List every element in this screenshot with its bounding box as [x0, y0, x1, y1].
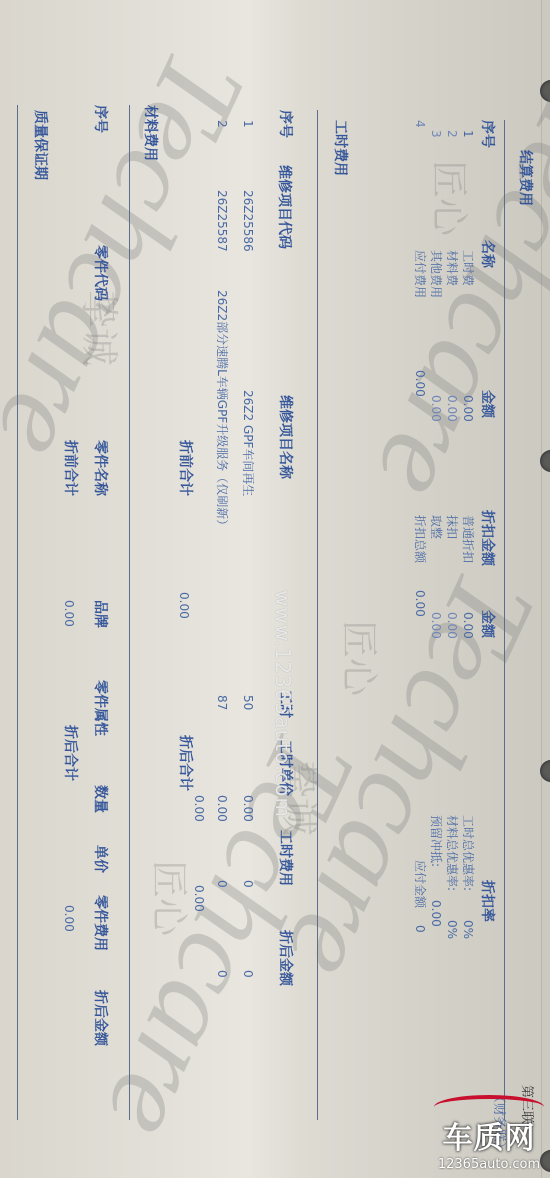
materials-header-qty: 数量 [93, 785, 107, 813]
row-unit-price: 0.00 [216, 795, 228, 822]
row-seq: 4 [414, 120, 426, 128]
labor-subtotal-before-value: 0.00 [178, 592, 190, 619]
row-seq: 2 [446, 130, 458, 138]
row-name: 应付费用 [414, 250, 426, 298]
row-discount-value: 0.00 [430, 612, 442, 639]
row-name: 材料费 [446, 250, 458, 286]
labor-subtotal-after-label: 折后合计 [178, 735, 192, 791]
row-discount-value: 0.00 [446, 612, 458, 639]
divider [129, 105, 130, 1120]
row-rate-label: 工时总优惠率: [462, 815, 474, 891]
labor-subtotal-before-label: 折前合计 [178, 440, 192, 496]
row-rate-value: 0 [414, 925, 426, 933]
row-fee: 0 [216, 880, 228, 888]
row-rate-label: 应付金额 [414, 860, 426, 908]
row-rate-label: 材料总优惠率: [446, 815, 458, 891]
row-hours: 50 [242, 695, 254, 710]
divider [504, 120, 505, 1120]
row-name: 工时费 [462, 250, 474, 286]
row-amount: 0.00 [462, 395, 474, 422]
row-hours: 87 [216, 695, 228, 710]
row-fee: 0 [242, 880, 254, 888]
watermark-cn: 匠心 [335, 620, 390, 696]
warranty-title: 质量保证期 [33, 110, 47, 180]
logo-url: 12365auto.com [434, 1157, 544, 1172]
labor-title: 工时费用 [333, 120, 347, 176]
row-unit-price: 0.00 [242, 795, 254, 822]
materials-header-seq: 序号 [93, 105, 107, 133]
materials-subtotal-after-value: 0.00 [63, 905, 75, 932]
row-name: 26Z2 GPF车间再生 [242, 390, 254, 496]
settlement-header-discount-rate: 折扣率 [480, 880, 494, 922]
divider [17, 105, 18, 1120]
watermark-cn2: 挚诚 [75, 290, 130, 366]
labor-header-after-discount: 折后金额 [278, 930, 292, 986]
site-watermark: www.12365auto.com [271, 590, 295, 818]
row-discount-label: 抹扣 [446, 515, 458, 539]
row-rate-value: 0% [462, 920, 474, 939]
row-discount-label: 普通折扣 [462, 515, 474, 563]
materials-header-brand: 品牌 [93, 600, 107, 628]
row-code: 26Z25587 [216, 190, 228, 252]
watermark-cn: 匠心 [425, 160, 480, 236]
materials-header-attribute: 零件属性 [93, 680, 107, 736]
row-seq: 1 [242, 120, 254, 128]
row-seq: 3 [430, 130, 442, 138]
labor-subtotal-after-value2: 0.00 [193, 885, 205, 912]
row-rate-value: 0.00 [430, 900, 442, 927]
watermark-brand: Techcare [347, 71, 550, 520]
settlement-header-discount-amount: 折扣金额 [480, 510, 494, 566]
settlement-title: 结算费用 [518, 150, 532, 206]
row-after-discount: 0 [242, 970, 254, 978]
row-seq: 1 [462, 130, 474, 138]
materials-subtotal-after-label: 折后合计 [63, 725, 77, 781]
materials-title: 材料费用 [143, 105, 157, 161]
row-seq: 2 [216, 120, 228, 128]
labor-subtotal-after-value: 0.00 [193, 795, 205, 822]
materials-header-part-name: 零件名称 [93, 440, 107, 496]
row-discount-value: 0.00 [414, 590, 426, 617]
settlement-header-amount2: 金额 [480, 610, 494, 638]
row-amount: 0.00 [414, 370, 426, 397]
row-discount-value: 0.00 [462, 612, 474, 639]
row-rate-label: 预留冲抵: [430, 815, 442, 867]
row-name: 其他费用 [430, 250, 442, 298]
labor-header-seq: 序号 [278, 110, 292, 138]
row-code: 26Z25586 [242, 190, 254, 252]
materials-header-unit-price: 单价 [93, 845, 107, 873]
materials-header-part-code: 零件代码 [93, 245, 107, 301]
settlement-header-name: 名称 [480, 240, 494, 268]
row-amount: 0.00 [446, 395, 458, 422]
row-discount-label: 取整 [430, 515, 442, 539]
row-rate-value: 0% [446, 920, 458, 939]
materials-header-after-discount: 折后金额 [93, 990, 107, 1046]
watermark-brand: Techcare [0, 31, 275, 480]
invoice-form: Techcare Techcare Techcare Techcare 匠心 匠… [0, 0, 550, 1178]
row-discount-label: 折扣总额 [414, 515, 426, 563]
labor-header-fee: 工时费用 [278, 830, 292, 886]
row-name: 26Z2部分速腾L车辆GPF升级服务（仅刷新） [216, 290, 228, 531]
divider [317, 110, 318, 1120]
photo-frame: Techcare Techcare Techcare Techcare 匠心 匠… [0, 0, 550, 1178]
settlement-header-seq: 序号 [480, 120, 494, 148]
materials-subtotal-before-label: 折前合计 [63, 440, 77, 496]
settlement-header-amount: 金额 [480, 390, 494, 418]
materials-header-fee: 零件费用 [93, 895, 107, 951]
row-amount: 0.00 [430, 395, 442, 422]
site-logo: 车质网 12365auto.com [434, 1095, 544, 1172]
row-after-discount: 0 [216, 970, 228, 978]
labor-header-name: 维修项目名称 [278, 395, 292, 479]
logo-name: 车质网 [434, 1113, 544, 1157]
materials-subtotal-before-value: 0.00 [63, 600, 75, 627]
labor-header-code: 维修项目代码 [276, 165, 292, 275]
